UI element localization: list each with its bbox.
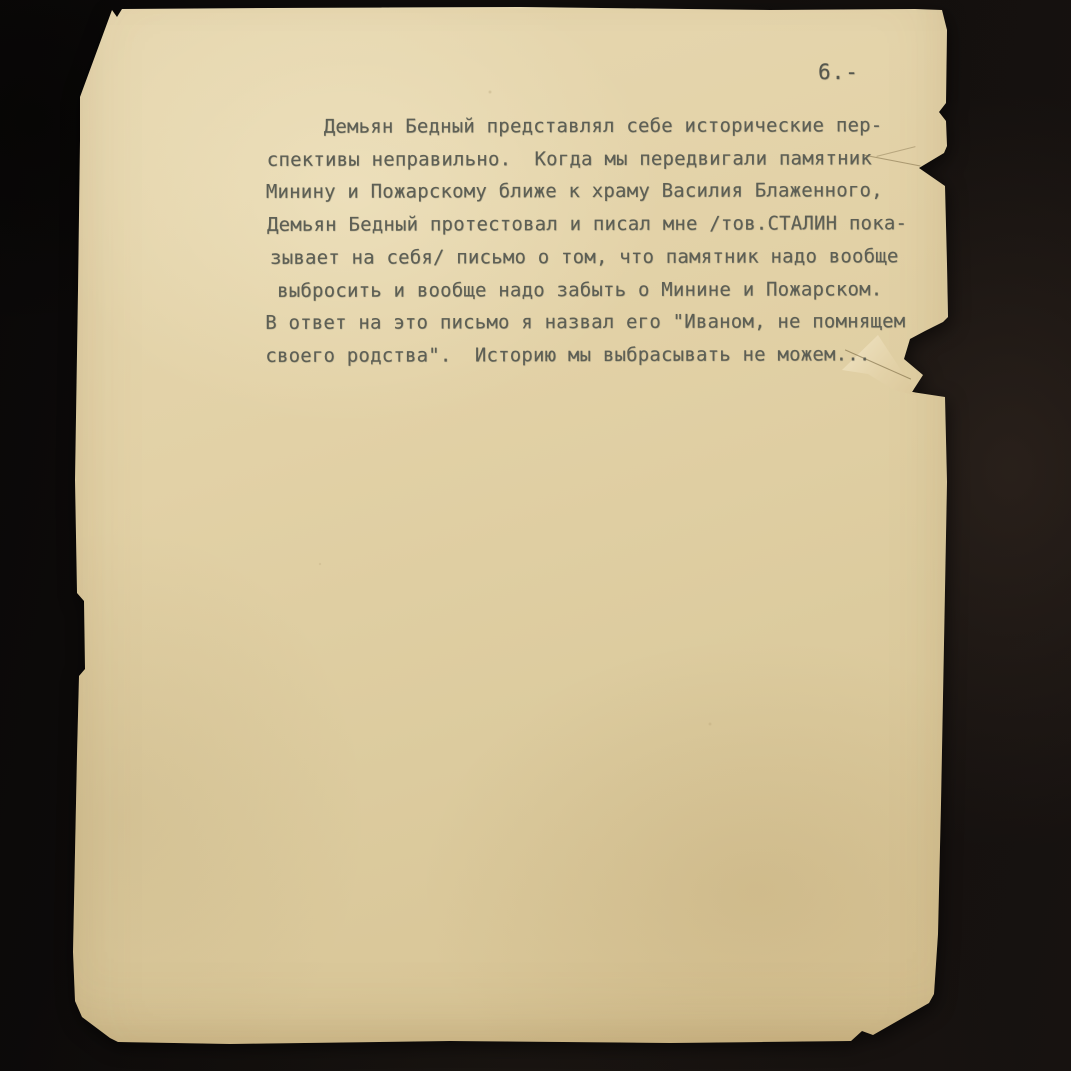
paragraph-line: зывает на себя/ письмо о том, что памятн… [270, 240, 957, 275]
paragraph-line: выбросить и вообще надо забыть о Минине … [277, 273, 957, 307]
paragraph-line: спективы неправильно. Когда мы передвига… [267, 142, 957, 177]
paragraph-line: Демьян Бедный протестовал и писал мне /т… [267, 207, 957, 242]
typewritten-text-block: Демьян Бедный представлял себе историчес… [267, 109, 958, 372]
document-paper: 6.- Демьян Бедный представлял себе истор… [70, 4, 950, 1046]
page-number: 6.- [818, 60, 859, 84]
paragraph-line: В ответ на это письмо я назвал его "Иван… [265, 305, 957, 340]
paragraph-line: Демьян Бедный представлял себе историчес… [267, 109, 957, 144]
photo-background: 6.- Демьян Бедный представлял себе истор… [0, 0, 1071, 1071]
paragraph-line: Минину и Пожарскому ближе к храму Васили… [266, 175, 957, 210]
typewritten-paragraph: Демьян Бедный представлял себе историчес… [267, 109, 958, 372]
paper-wrapper: 6.- Демьян Бедный представлял себе истор… [70, 4, 950, 1046]
paragraph-line: своего родства". Историю мы выбрасывать … [265, 338, 957, 373]
